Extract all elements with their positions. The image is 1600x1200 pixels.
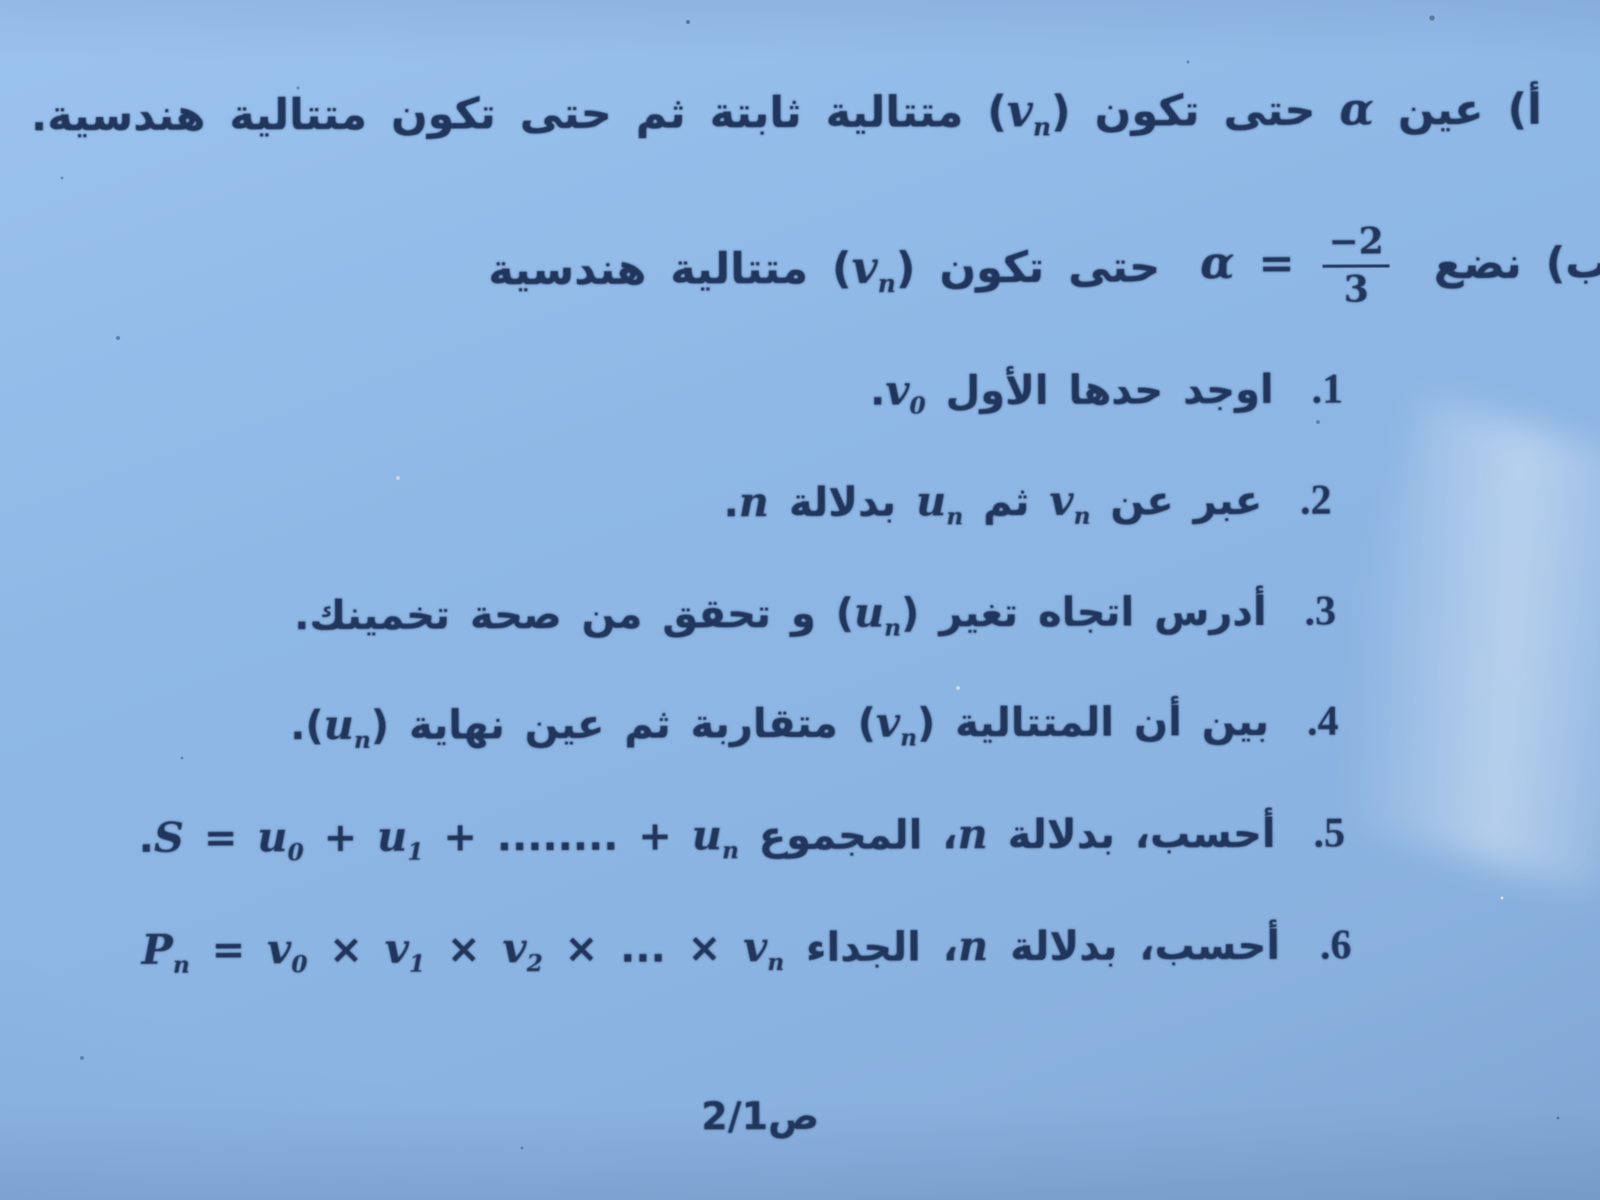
alpha-fraction-expression: α = −2 3 (1200, 223, 1394, 308)
question-1-text: اوجد حدها الأول v0. (870, 364, 1274, 415)
question-3-number: 3. (1304, 588, 1336, 636)
question-1: 1. اوجد حدها الأول v0. (870, 364, 1343, 416)
question-2-number: 2. (1300, 477, 1332, 525)
part-b-condition: حتى تكون (vn) متتالية هندسية (488, 238, 1160, 298)
question-4: 4. بين أن المتتالية (vn) متقاربة ثم عين … (290, 696, 1339, 751)
question-2: 2. عبر عن vn ثم un بدلالة n. (723, 475, 1331, 528)
part-b-statement: ب) نضع α = −2 3 حتى تكون (vn) متتالية هن… (488, 222, 1600, 311)
exam-paper-photo: { "colors": { "paper": "#8fb8e6", "ink":… (0, 0, 1600, 1200)
question-4-number: 4. (1307, 698, 1339, 746)
question-5-number: 5. (1313, 810, 1345, 858)
question-3-text: أدرس اتجاه تغير (un) و تحقق من صحة تخمين… (294, 586, 1267, 639)
question-6: 6. أحسب، بدلالة n، الجداء Pn = v0 × v1 ×… (141, 920, 1351, 975)
fraction-minus-two-thirds: −2 3 (1322, 223, 1390, 307)
fraction-denominator: 3 (1344, 268, 1369, 308)
question-6-number: 6. (1320, 922, 1352, 970)
part-a-statement: أ) عين α حتى تكون (vn) متتالية ثابتة ثم … (31, 81, 1542, 144)
question-5: 5. أحسب، بدلالة n، المجموع S = u0 + u1 +… (139, 808, 1346, 863)
part-b-intro: ب) نضع (1434, 238, 1600, 293)
question-5-text: أحسب، بدلالة n، المجموع S = u0 + u1 + ..… (139, 808, 1276, 862)
question-6-text: أحسب، بدلالة n، الجداء Pn = v0 × v1 × v2… (141, 920, 1280, 974)
question-2-text: عبر عن vn ثم un بدلالة n. (723, 475, 1262, 526)
question-4-text: بين أن المتتالية (vn) متقاربة ثم عين نها… (290, 696, 1269, 749)
page-number: ص2/1 (0, 1091, 1560, 1142)
question-3: 3. أدرس اتجاه تغير (un) و تحقق من صحة تخ… (294, 586, 1336, 641)
exercise-content: أ) عين α حتى تكون (vn) متتالية ثابتة ثم … (0, 0, 1600, 1200)
question-1-number: 1. (1311, 366, 1343, 414)
alpha-equals: α = (1200, 238, 1295, 288)
fraction-numerator: −2 (1322, 223, 1389, 267)
